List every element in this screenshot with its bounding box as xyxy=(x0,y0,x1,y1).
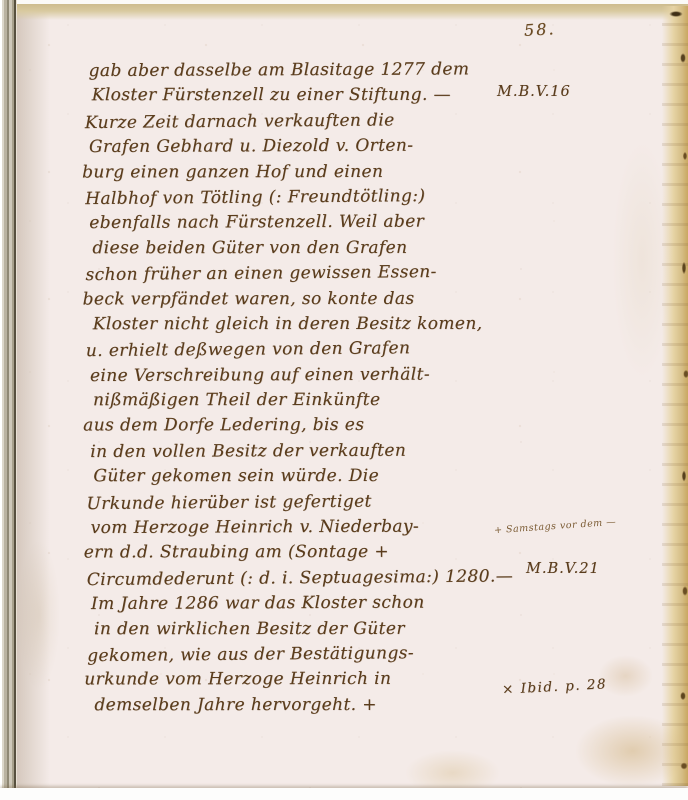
handwritten-line: eine Verschreibung auf einen verhält- xyxy=(90,362,560,389)
handwritten-line: gab aber dasselbe am Blasitage 1277 dem xyxy=(89,57,559,84)
handwritten-line: in den wirklichen Besitz der Güter xyxy=(94,616,564,642)
handwritten-line: ebenfalls nach Fürstenzell. Weil aber xyxy=(89,209,559,236)
handwritten-line: demselben Jahre hervorgeht. + xyxy=(94,693,564,719)
margin-note-mbv16: M.B.V.16 xyxy=(497,84,571,100)
handwritten-line: Halbhof von Tötling (: Freundtötling:) xyxy=(85,183,555,212)
handwritten-line: Kurze Zeit darnach verkauften die xyxy=(85,107,555,136)
book-binding-edge xyxy=(0,0,17,800)
margin-note-mbv21: M.B.V.21 xyxy=(526,561,600,577)
handwritten-text-block: gab aber dasselbe am Blasitage 1277 dem … xyxy=(89,57,562,719)
scan-background-strip xyxy=(0,788,688,800)
handwritten-line: in den vollen Besitz der verkauften xyxy=(90,438,560,465)
handwritten-line: Kloster nicht gleich in deren Besitz kom… xyxy=(93,312,563,338)
handwritten-line: diese beiden Güter von den Grafen xyxy=(92,236,562,262)
handwritten-line: nißmäßigen Theil der Einkünfte xyxy=(93,388,563,414)
handwritten-line: Im Jahre 1286 war das Kloster schon xyxy=(91,590,561,617)
handwritten-line: aus dem Dorfe Ledering, bis es xyxy=(83,413,553,439)
handwritten-line: burg einen ganzen Hof und einen xyxy=(82,159,552,185)
handwritten-line: gekomen, wie aus der Bestätigungs- xyxy=(87,640,557,669)
handwritten-line: u. erhielt deßwegen von den Grafen xyxy=(86,335,556,364)
manuscript-scan: 58. gab aber dasselbe am Blasitage 1277 … xyxy=(0,0,688,800)
handwritten-line: Grafen Gebhard u. Diezold v. Orten- xyxy=(89,133,559,160)
handwritten-line: urkunde vom Herzoge Heinrich in xyxy=(84,667,554,693)
handwritten-line: vom Herzoge Heinrich v. Niederbay- xyxy=(91,514,561,541)
handwritten-line: schon früher an einen gewissen Essen- xyxy=(85,259,555,288)
handwritten-line: Circumdederunt (: d. i. Septuagesima:) 1… xyxy=(87,564,557,593)
handwritten-line: Güter gekomen sein würde. Die xyxy=(93,464,563,490)
handwritten-line: beck verpfändet waren, so konte das xyxy=(83,286,553,312)
page-number: 58. xyxy=(524,19,556,40)
handwritten-line: ern d.d. Straubing am (Sontage + xyxy=(84,540,554,566)
page-deckle-edge xyxy=(662,6,688,786)
page-top-edge xyxy=(16,4,688,20)
handwritten-line: Kloster Fürstenzell zu einer Stiftung. — xyxy=(92,83,562,109)
handwritten-line: Urkunde hierüber ist gefertiget xyxy=(86,488,556,517)
